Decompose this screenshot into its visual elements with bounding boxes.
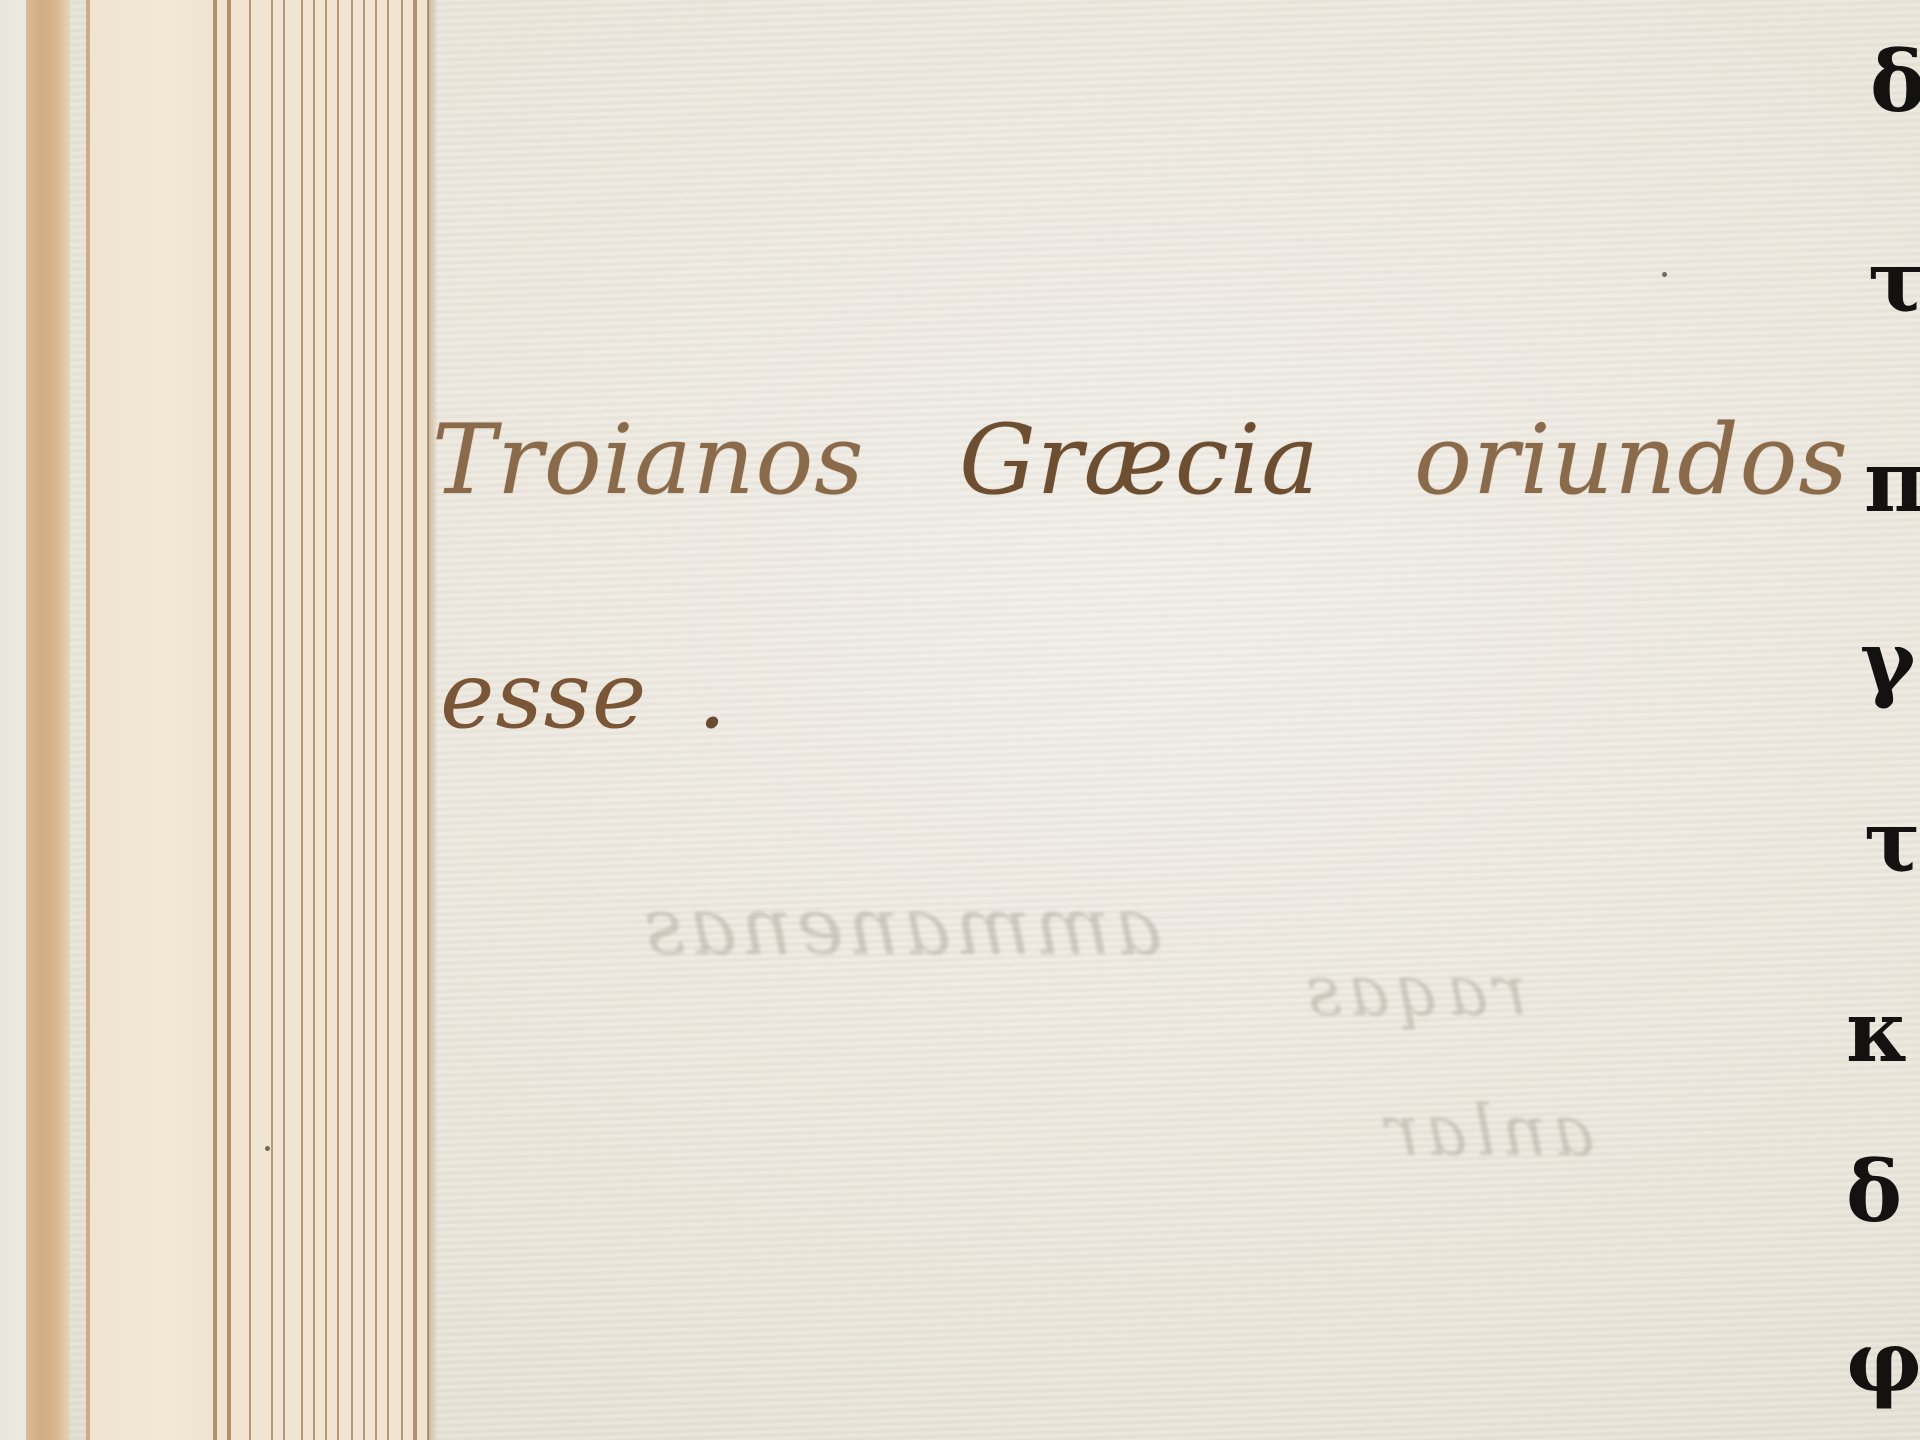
greek-glyph: δ: [1870, 40, 1920, 124]
book-page-photo: ammanenas raqas anlar Troianos Græcia or…: [0, 0, 1920, 1440]
page-edge-rule: [387, 0, 389, 1440]
page-edge-stack: [205, 0, 435, 1440]
annotation-line-2: esse.: [440, 650, 728, 742]
bleed-through-text: ammanenas: [640, 880, 1162, 973]
page-edge-rule: [413, 0, 417, 1440]
cream-page-strip: [90, 0, 210, 1440]
ink-speck: [265, 1146, 270, 1151]
bleed-through-text: anlar: [1380, 1090, 1594, 1172]
annotation-word: Troianos: [432, 404, 865, 516]
page-stack-shadow: [428, 0, 438, 1440]
page-edge-rule: [249, 0, 251, 1440]
annotation-word: oriundos: [1414, 404, 1849, 516]
annotation-period: .: [697, 642, 727, 749]
page-edge-rule: [325, 0, 327, 1440]
page-edge-rule: [363, 0, 365, 1440]
page-edge-rule: [375, 0, 377, 1440]
bleed-through-text: raqas: [1300, 950, 1528, 1032]
greek-glyph: φ: [1846, 1320, 1920, 1404]
greek-glyph: γ: [1860, 620, 1915, 704]
page-edge-rule: [337, 0, 339, 1440]
page-edge-rule: [351, 0, 353, 1440]
page-edge-rule: [313, 0, 315, 1440]
annotation-line-1: Troianos Græcia oriundos: [432, 412, 1849, 508]
annotation-word: Græcia: [959, 404, 1320, 516]
greek-glyph: τ: [1864, 800, 1920, 884]
ink-speck: [1662, 272, 1667, 277]
greek-glyph: π: [1864, 440, 1920, 524]
greek-glyph: τ: [1868, 240, 1920, 324]
page-edge-rule: [401, 0, 403, 1440]
page-edge-rule: [301, 0, 303, 1440]
page-edge-rule: [213, 0, 217, 1440]
page-edge-rule: [271, 0, 273, 1440]
page-edge-rule: [227, 0, 231, 1440]
greek-glyph: κ: [1846, 990, 1909, 1074]
greek-glyph: δ: [1846, 1150, 1902, 1234]
printed-greek-column: δ τ π γ τ κ δ φ: [1830, 0, 1920, 1440]
annotation-word: esse: [440, 642, 647, 749]
handwritten-annotation: Troianos Græcia oriundos esse.: [432, 412, 1849, 508]
stained-fore-edge: [26, 0, 70, 1440]
page-edge-rule: [283, 0, 285, 1440]
